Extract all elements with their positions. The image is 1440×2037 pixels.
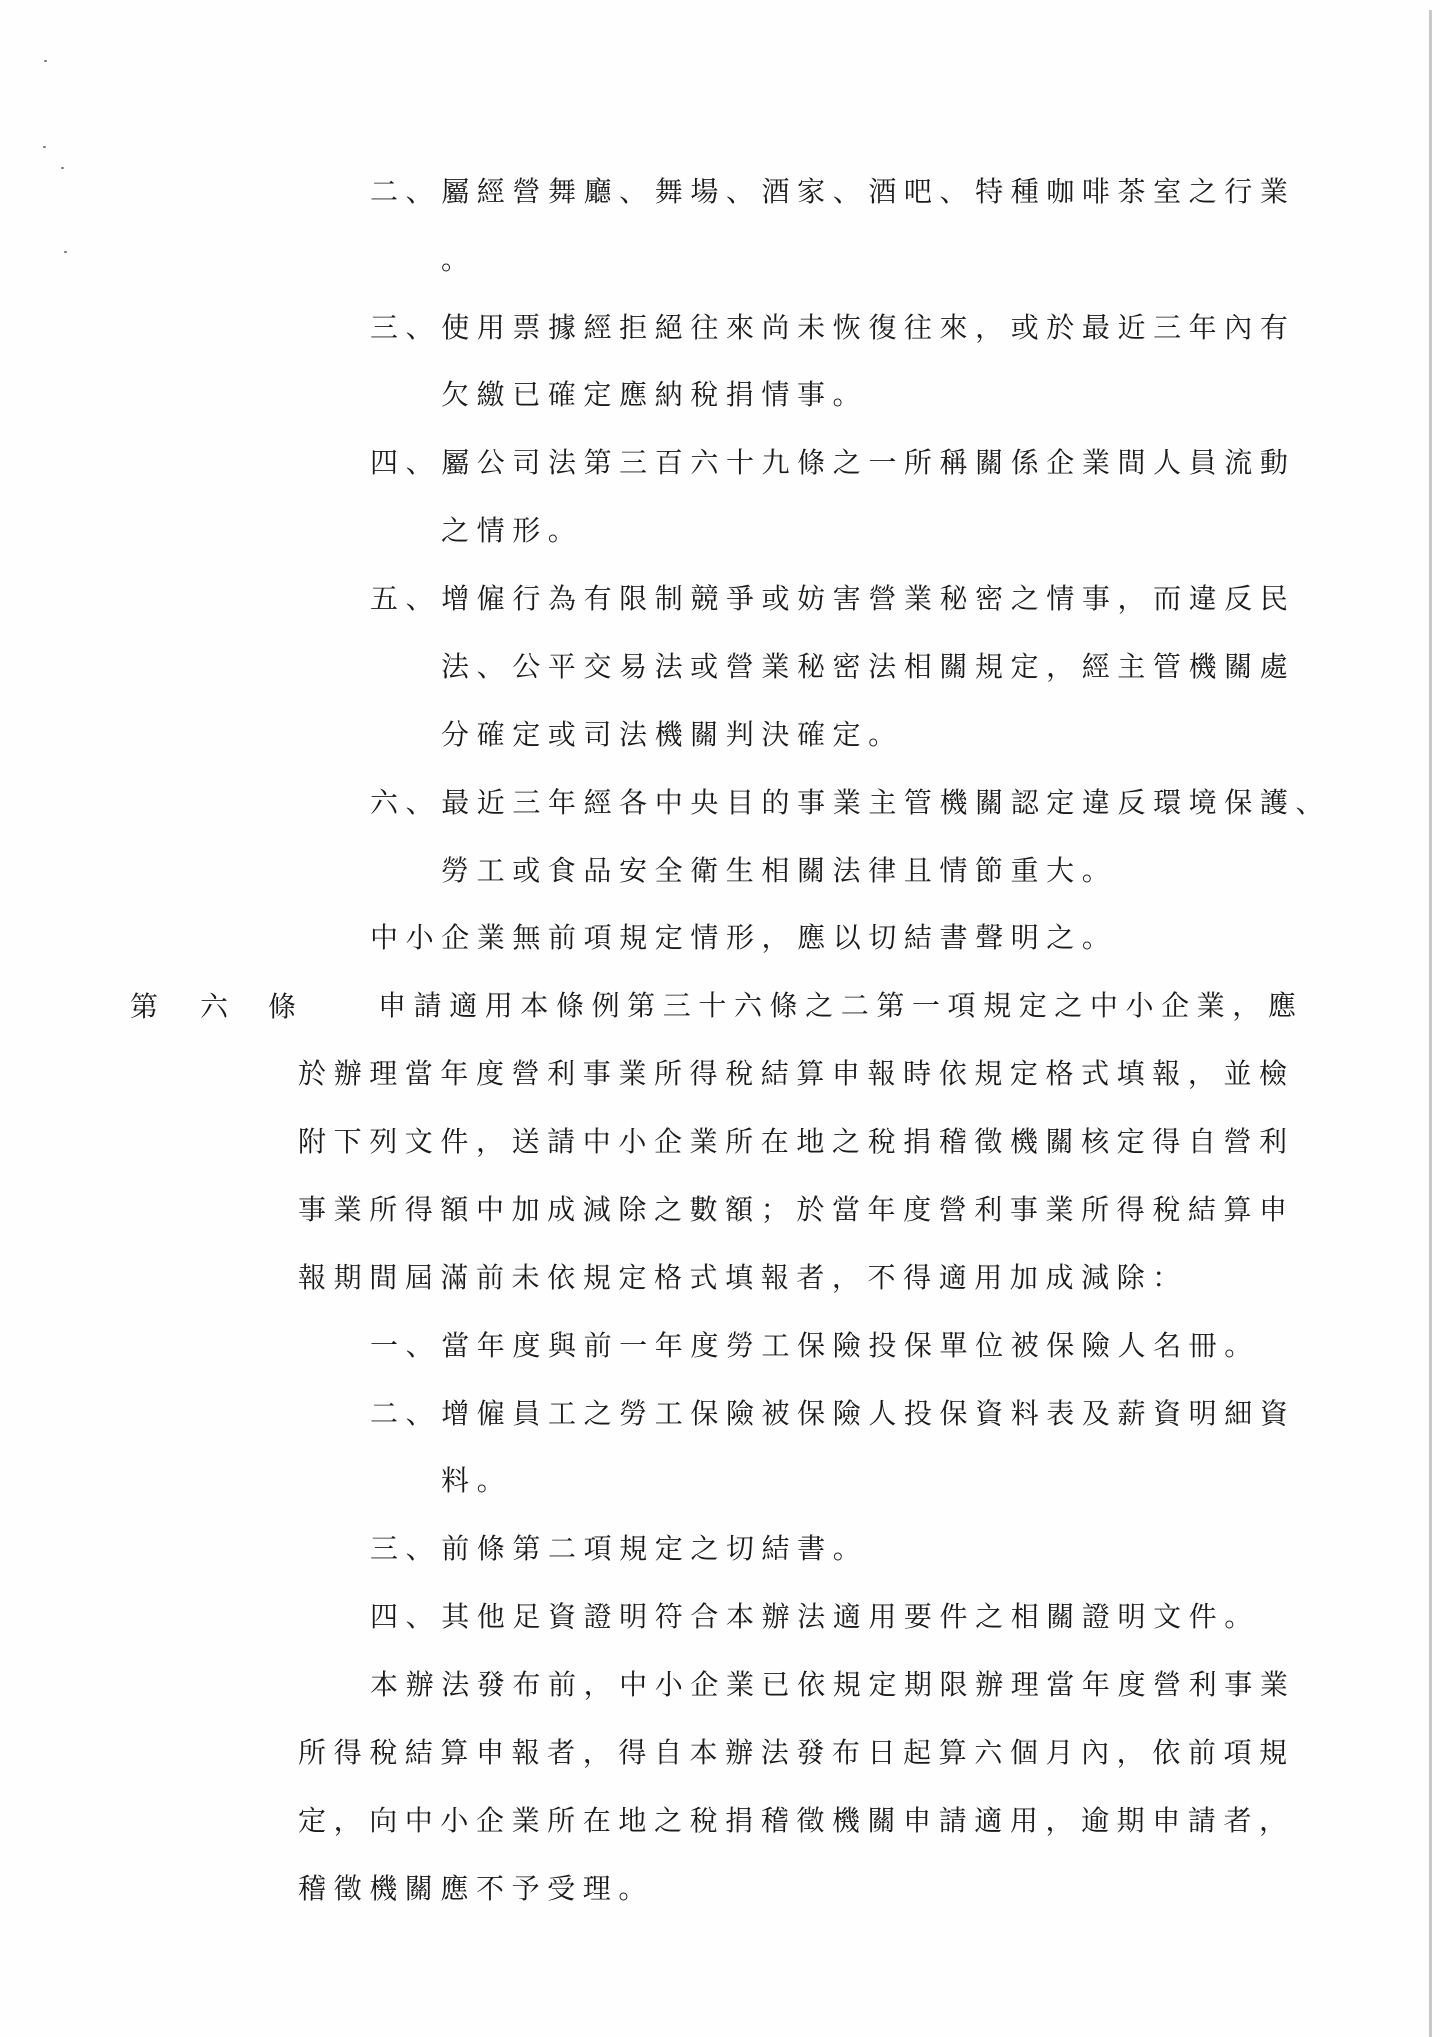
scan-speck [44, 60, 47, 62]
text-line-item2-l1: 二、屬經營舞廳、舞場、酒家、酒吧、特種咖啡茶室之行業二、屬經營舞廳、舞場、酒家、… [370, 172, 1295, 212]
text-line-art6-item1: 一、當年度與前一年度勞工保險投保單位被保險人名冊。一、當年度與前一年度勞工保險投… [370, 1326, 1260, 1366]
text-line-item5-l2: 法、公平交易法或營業秘密法相關規定，經主管機關處法、公平交易法或營業秘密法相關規… [441, 647, 1295, 687]
text-line-item6-l1: 六、最近三年經各中央目的事業主管機關認定違反環境保護、六、最近三年經各中央目的事… [370, 783, 1331, 823]
scanned-document-page: 第六條 二、屬經營舞廳、舞場、酒家、酒吧、特種咖啡茶室之行業二、屬經營舞廳、舞場… [0, 0, 1440, 2037]
text-line-art6-item3: 三、前條第二項規定之切結書。三、前條第二項規定之切結書。 [370, 1529, 868, 1569]
scan-speck [61, 167, 64, 169]
text-line-art6-item2-l1: 二、增僱員工之勞工保險被保險人投保資料表及薪資明細資二、增僱員工之勞工保險被保險… [370, 1394, 1295, 1434]
text-line-art6-l5: 報期間屆滿前未依規定格式填報者，不得適用加成減除：報期間屆滿前未依規定格式填報者… [298, 1258, 1188, 1298]
text-line-item2-l2: 。。 [441, 240, 477, 280]
text-line-item3-l2: 欠繳已確定應納稅捐情事。欠繳已確定應納稅捐情事。 [441, 375, 868, 415]
text-line-art6-para2-l2: 所得稅結算申報者，得自本辦法發布日起算六個月內，依前項規所得稅結算申報者，得自本… [298, 1733, 1295, 1773]
text-line-para-declaration: 中小企業無前項規定情形，應以切結書聲明之。中小企業無前項規定情形，應以切結書聲明… [370, 918, 1117, 958]
text-line-art6-para2-l1: 本辦法發布前，中小企業已依規定期限辦理當年度營利事業本辦法發布前，中小企業已依規… [370, 1665, 1295, 1705]
scan-speck [64, 251, 67, 253]
text-line-art6-para2-l4: 稽徵機關應不予受理。稽徵機關應不予受理。 [298, 1869, 654, 1909]
page-edge-shadow [1429, 10, 1432, 2037]
text-line-art6-l4: 事業所得額中加成減除之數額；於當年度營利事業所得稅結算申事業所得額中加成減除之數… [298, 1190, 1295, 1230]
text-line-item4-l2: 之情形。之情形。 [441, 511, 583, 551]
article-label-char: 六 [200, 987, 228, 1027]
scan-speck [43, 146, 46, 148]
text-line-item5-l1: 五、增僱行為有限制競爭或妨害營業秘密之情事，而違反民五、增僱行為有限制競爭或妨害… [370, 579, 1295, 619]
text-line-art6-item2-l2: 料。料。 [441, 1461, 512, 1501]
text-line-art6-para2-l3: 定，向中小企業所在地之稅捐稽徵機關申請適用，逾期申請者，定，向中小企業所在地之稅… [298, 1801, 1295, 1841]
text-line-art6-l2: 於辦理當年度營利事業所得稅結算申報時依規定格式填報，並檢於辦理當年度營利事業所得… [298, 1054, 1295, 1094]
text-line-item3-l1: 三、使用票據經拒絕往來尚未恢復往來，或於最近三年內有三、使用票據經拒絕往來尚未恢… [370, 308, 1295, 348]
text-line-item6-l2: 勞工或食品安全衛生相關法律且情節重大。勞工或食品安全衛生相關法律且情節重大。 [441, 851, 1117, 891]
text-line-item4-l1: 四、屬公司法第三百六十九條之一所稱關係企業間人員流動四、屬公司法第三百六十九條之… [370, 443, 1295, 483]
article-label-char: 第 [130, 987, 158, 1027]
article-label-char: 條 [268, 987, 296, 1027]
text-line-art6-item4: 四、其他足資證明符合本辦法適用要件之相關證明文件。四、其他足資證明符合本辦法適用… [370, 1597, 1260, 1637]
text-line-item5-l3: 分確定或司法機關判決確定。分確定或司法機關判決確定。 [441, 715, 904, 755]
text-line-art6-l3: 附下列文件，送請中小企業所在地之稅捐稽徵機關核定得自營利附下列文件，送請中小企業… [298, 1122, 1295, 1162]
text-line-art6-l1: 申請適用本條例第三十六條之二第一項規定之中小企業，應申請適用本條例第三十六條之二… [378, 986, 1303, 1026]
